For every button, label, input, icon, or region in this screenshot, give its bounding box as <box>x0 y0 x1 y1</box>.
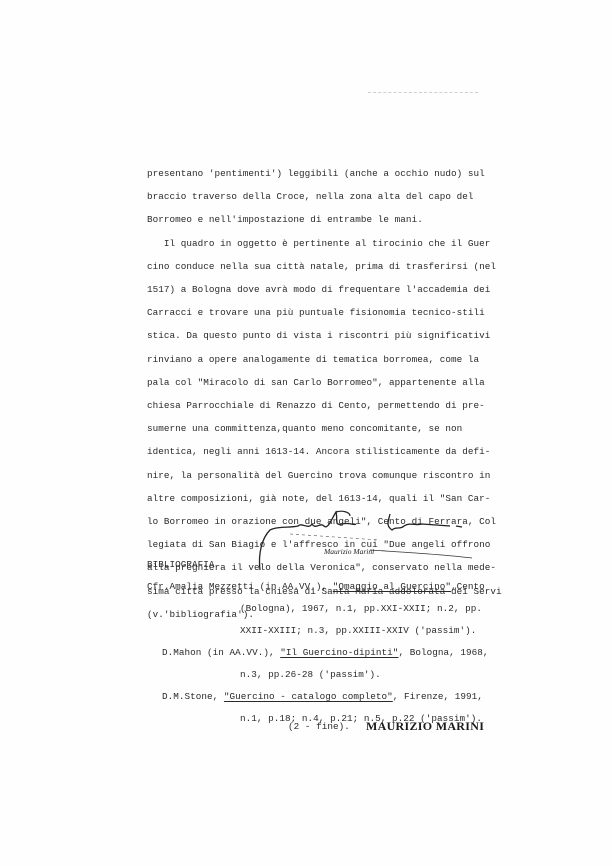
body-line: braccio traverso della Croce, nella zona… <box>147 191 473 203</box>
bibliography-entry: D.Mahon (in AA.VV.), "Il Guercino-dipint… <box>162 647 489 659</box>
bibliography-entry-prefix: D.M.Stone, <box>162 691 224 702</box>
bibliography-entry-prefix: Cfr.Amalia Mezzetti (in AA.VV.), <box>147 581 333 592</box>
body-line: presentano 'pentimenti') leggibili (anch… <box>147 168 485 180</box>
body-line: chiesa Parrocchiale di Renazzo di Cento,… <box>147 400 485 412</box>
body-line: Carracci e trovare una più puntuale fisi… <box>147 307 485 319</box>
bibliography-entry-title: "Il Guercino-dipinti" <box>280 647 398 658</box>
bibliography-entry-suffix: , Bologna, 1968, <box>398 647 488 658</box>
bibliography-heading: BIBLIOGRAFIA <box>147 559 215 571</box>
document-page: presentano 'pentimenti') leggibili (anch… <box>0 0 612 866</box>
bibliography-continuation: XXII-XXIII; n.3, pp.XXIII-XXIV ('passim'… <box>240 625 476 637</box>
bibliography-continuation: (Bologna), 1967, n.1, pp.XXI-XXII; n.2, … <box>240 603 482 615</box>
body-line: stica. Da questo punto di vista i riscon… <box>147 330 490 342</box>
bibliography-entry-prefix: D.Mahon (in AA.VV.), <box>162 647 280 658</box>
body-line: rinviano a opere analogamente di tematic… <box>147 354 479 366</box>
body-line: identica, negli anni 1613-14. Ancora sti… <box>147 446 490 458</box>
body-line: altre composizioni, già note, del 1613-1… <box>147 493 490 505</box>
bibliography-entry: D.M.Stone, "Guercino - catalogo completo… <box>162 691 483 703</box>
bibliography-entry-title: "Guercino - catalogo completo" <box>224 691 393 702</box>
header-dashed-line <box>368 92 478 93</box>
handwritten-signature: Maurizio Marini <box>250 508 480 578</box>
body-line: cino conduce nella sua città natale, pri… <box>147 261 496 273</box>
body-line: sumerne una committenza,quanto meno conc… <box>147 423 462 435</box>
body-line: Il quadro in oggetto è pertinente al tir… <box>147 238 490 250</box>
bibliography-entry-title: "Omaggio al Guercino" <box>333 581 451 592</box>
bibliography-entry-suffix: , Firenze, 1991, <box>393 691 483 702</box>
body-line: pala col "Miracolo di san Carlo Borromeo… <box>147 377 485 389</box>
body-line: Borromeo e nell'impostazione di entrambe… <box>147 214 423 226</box>
body-line: (v.'bibliografia'). <box>147 609 254 621</box>
body-line: 1517) a Bologna dove avrà modo di freque… <box>147 284 490 296</box>
body-line: nire, la personalità del Guercino trova … <box>147 470 490 482</box>
author-name: MAURIZIO MARINI <box>366 719 484 734</box>
bibliography-entry-suffix: ,Cento <box>451 581 485 592</box>
bibliography-entry: Cfr.Amalia Mezzetti (in AA.VV.), "Omaggi… <box>147 581 485 593</box>
part-label: (2 - fine). <box>288 721 350 733</box>
signature-stamp: Maurizio Marini <box>323 547 374 556</box>
bibliography-continuation: n.3, pp.26-28 ('passim'). <box>240 669 381 681</box>
